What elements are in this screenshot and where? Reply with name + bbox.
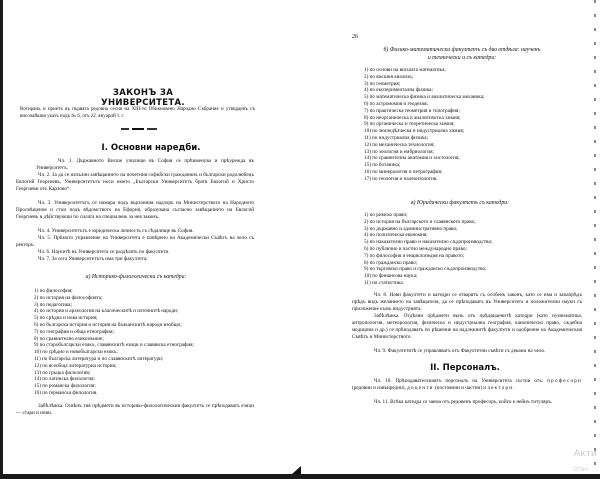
list-item: 10) по срѣдно и новобългарски езикъ; xyxy=(34,349,194,356)
term-professors: професори xyxy=(547,378,582,384)
law-title: ЗАКОНЪ ЗА УНИВЕРСИТЕТА. xyxy=(78,88,208,108)
faculty-a-heading: а) Историко-филологически съ катедри: xyxy=(66,274,206,280)
list-item: 11) по индустриална физика; xyxy=(364,135,485,142)
article-2: Чл. 2. За да се изпълни завѣщанието на п… xyxy=(16,172,254,193)
list-item: 1) по основи на висшата математика; xyxy=(364,67,485,74)
article-4: Чл. 4. Университетътъ е юридическа лично… xyxy=(16,228,254,235)
list-item: 17) по геология и палеонтология. xyxy=(364,176,485,183)
list-item: 16) по минералогия и петрография; xyxy=(364,169,485,176)
faculty-c-list: 1) по римско право; 2) по история на бъл… xyxy=(364,212,493,287)
article-10: Чл. 10. Прѣподавателскиятъ персоналъ на … xyxy=(352,378,582,392)
section-1-title: I. Основни наредби. xyxy=(96,143,206,153)
list-item: 12) по всеобща литературна история; xyxy=(34,363,194,370)
list-item: 5) по наказателно право и наказателно сѫ… xyxy=(364,239,493,246)
faculty-b-list: 1) по основи на висшата математика; 2) п… xyxy=(364,67,485,183)
article-10-start: Чл. 10. Прѣподавателскиятъ персоналъ на … xyxy=(374,378,543,384)
list-item: 1) по римско право; xyxy=(364,212,493,219)
list-item: 10) по земледѣлческа и индустриална хими… xyxy=(364,128,485,135)
article-10-mid: (редовни и извънредни), xyxy=(352,385,406,391)
article-1: Чл. 1. Държавното Висше училище въ София… xyxy=(36,158,254,172)
list-item: 11) по българска литература и по славянс… xyxy=(34,356,194,363)
list-item: 6) по публично и частно международно пра… xyxy=(364,246,493,253)
scan-border-left xyxy=(0,0,3,479)
scan-border-right xyxy=(594,0,596,474)
right-page: 26 б) Физико-математически факултетъ съ … xyxy=(300,0,590,474)
faculty-a-note: Забѣлѣжка. Освѣнъ тия прѣдмети въ истори… xyxy=(16,403,254,417)
list-item: 7) по практическа геометрия и топография… xyxy=(364,108,485,115)
page-number: 26 xyxy=(352,34,358,40)
left-page: ЗАКОНЪ ЗА УНИВЕРСИТЕТА. Вотиранъ и приет… xyxy=(6,0,298,474)
list-item: 5) по математическа физика и аналитическ… xyxy=(364,94,485,101)
article-6: Чл. 6. Наукитѣ въ Университета се раздѣл… xyxy=(16,249,254,256)
section-2-title: II. Персоналъ. xyxy=(410,363,520,373)
faculty-b-heading-line2: и технически и съ катедри: xyxy=(362,55,562,61)
scan-border-bottom xyxy=(0,474,600,479)
list-item: 7) по география и обща етнография; xyxy=(34,329,194,336)
list-item: 11) по статистика. xyxy=(364,280,493,287)
term-lecturers: лектори. xyxy=(487,385,515,391)
list-item: 5) по срѣдна и нова история; xyxy=(34,315,194,322)
activation-watermark-sub: Отво xyxy=(573,466,588,473)
list-item: 12) по механическа технология; xyxy=(364,142,485,149)
article-10-tail: (постоянни и частни) и xyxy=(435,385,486,391)
list-item: 15) по ботаника; xyxy=(364,162,485,169)
article-7: Чл. 7. За сега Университетътъ има три фа… xyxy=(16,256,254,263)
article-9: Чл. 9. Факултетитѣ се управляватъ отъ Фа… xyxy=(352,348,582,355)
divider-ornament xyxy=(121,128,157,130)
list-item: 7) по философия и енциклопедия на правот… xyxy=(364,253,493,260)
list-item: 1) по философия; xyxy=(34,288,194,295)
list-item: 2) по висшия анализъ; xyxy=(364,74,485,81)
list-item: 6) по астрономия и геодезия; xyxy=(364,101,485,108)
article-11: Чл. 11. Всѣка катедра се заема отъ редов… xyxy=(352,399,582,406)
faculty-a-list: 1) по философия; 2) по история на филосо… xyxy=(34,288,194,397)
law-subtitle: Вотиранъ и приетъ въ първата редовна сес… xyxy=(20,106,255,120)
list-item: 2) по история на българското и славянско… xyxy=(364,219,493,226)
faculty-c-heading: в) Юридически факултетъ съ катедри: xyxy=(390,200,530,206)
faculty-b-heading-line1: б) Физико-математически факултетъ съ два… xyxy=(362,47,562,53)
article-8-note: Забѣлѣжка. Отдѣлни прѣдмети вънъ отъ прѣ… xyxy=(352,313,582,341)
list-item: 2) по история на философията; xyxy=(34,295,194,302)
term-docents: доценти xyxy=(407,385,434,391)
article-5: Чл. 5. Прѣмото управление на Университет… xyxy=(16,235,254,249)
activation-watermark: Акти xyxy=(574,449,597,459)
list-item: 16) по германска филология. xyxy=(34,390,194,397)
article-8: Чл. 8. Нови факултети и катедри се отвар… xyxy=(352,292,582,313)
list-item: 6) по българска история и история на бал… xyxy=(34,322,194,329)
article-3: Чл. 3. Университетътъ се намира подъ вър… xyxy=(16,200,254,221)
list-item: 15) по романска филология; xyxy=(34,383,194,390)
list-item: 10) по финансова наука; xyxy=(364,273,493,280)
